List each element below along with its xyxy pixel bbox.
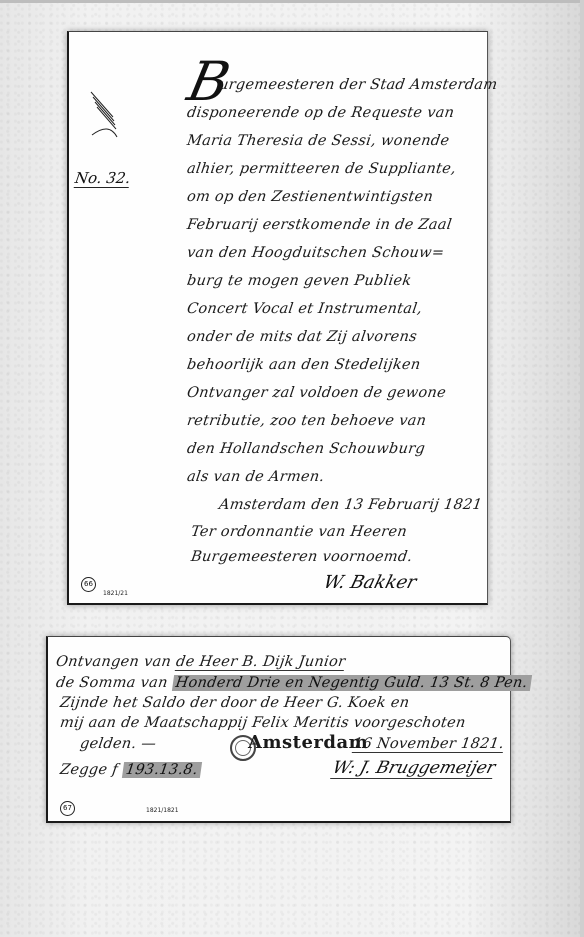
receipt-signature: W: J. Bruggemeijer — [330, 758, 497, 778]
letter-line: Concert Vocal et Instrumental, — [186, 301, 423, 317]
receipt-line-3: Zijnde het Saldo der door de Heer G. Koe… — [59, 695, 411, 711]
amount-line: Zegge f 193.13.8. — [59, 762, 202, 778]
letter-line: onder de mits dat Zij alvorens — [186, 329, 418, 345]
receipt-line-4: mij aan de Maatschappij Felix Meritis vo… — [59, 715, 467, 731]
letter-line: van den Hoogduitschen Schouw= — [186, 245, 445, 261]
letter-line: den Hollandschen Schouwburg — [186, 441, 426, 457]
folio-number: 67 — [60, 801, 75, 816]
permit-letter-page: No. 32. B urgemeesteren der Stad Amsterd… — [67, 31, 488, 605]
letter-line: behoorlijk aan den Stedelijken — [186, 357, 422, 373]
amount-value-highlighted: 193.13.8. — [122, 762, 202, 778]
scanner-right-edge — [580, 0, 584, 937]
letter-line: disponeerende op de Requeste van — [186, 105, 455, 121]
received-from-value: de Heer B. Dijk Junior — [175, 654, 347, 671]
letter-line: alhier, permitteeren de Suppliante, — [186, 161, 457, 177]
letter-line: urgemeesteren der Stad Amsterdam — [218, 77, 499, 93]
place-stamp: Amsterdam — [248, 732, 368, 753]
letter-date: Amsterdam den 13 Februarij 1821 — [218, 497, 483, 513]
letter-line: retributie, zoo ten behoeve van — [186, 413, 427, 429]
folio-number: 66 — [81, 577, 96, 592]
received-from-label: Ontvangen van — [55, 654, 172, 670]
letter-line: om op den Zestienentwintigsten — [186, 189, 434, 205]
document-number: No. 32. — [74, 169, 132, 188]
receipt-line-1: Ontvangen van de Heer B. Dijk Junior — [55, 654, 347, 670]
archive-reference: 1821/1821 — [146, 807, 179, 814]
amount-label: Zegge f — [59, 762, 119, 778]
closing-line: Ter ordonnantie van Heeren — [190, 524, 408, 540]
letter-line: Ontvanger zal voldoen de gewone — [186, 385, 447, 401]
letter-line: burg te mogen geven Publiek — [186, 273, 413, 289]
receipt-date: 16 November 1821. — [352, 736, 505, 752]
receipt-page: Ontvangen van de Heer B. Dijk Junior de … — [46, 636, 511, 823]
signature: W. Bakker — [321, 572, 418, 593]
sum-label: de Somma van — [55, 675, 169, 691]
archive-reference: 1821/21 — [103, 590, 128, 597]
letter-line: Februarij eerstkomende in de Zaal — [186, 217, 453, 233]
sum-value-highlighted: Honderd Drie en Negentig Guld. 13 St. 8 … — [171, 675, 531, 691]
pen-flourish-icon — [89, 87, 119, 142]
receipt-line-5: gelden. — — [79, 736, 157, 752]
closing-line: Burgemeesteren voornoemd. — [190, 549, 414, 565]
letter-line: als van de Armen. — [186, 469, 326, 485]
receipt-line-2: de Somma van Honderd Drie en Negentig Gu… — [55, 675, 532, 691]
scanner-top-edge — [0, 0, 584, 3]
letter-line: Maria Theresia de Sessi, wonende — [186, 133, 451, 149]
